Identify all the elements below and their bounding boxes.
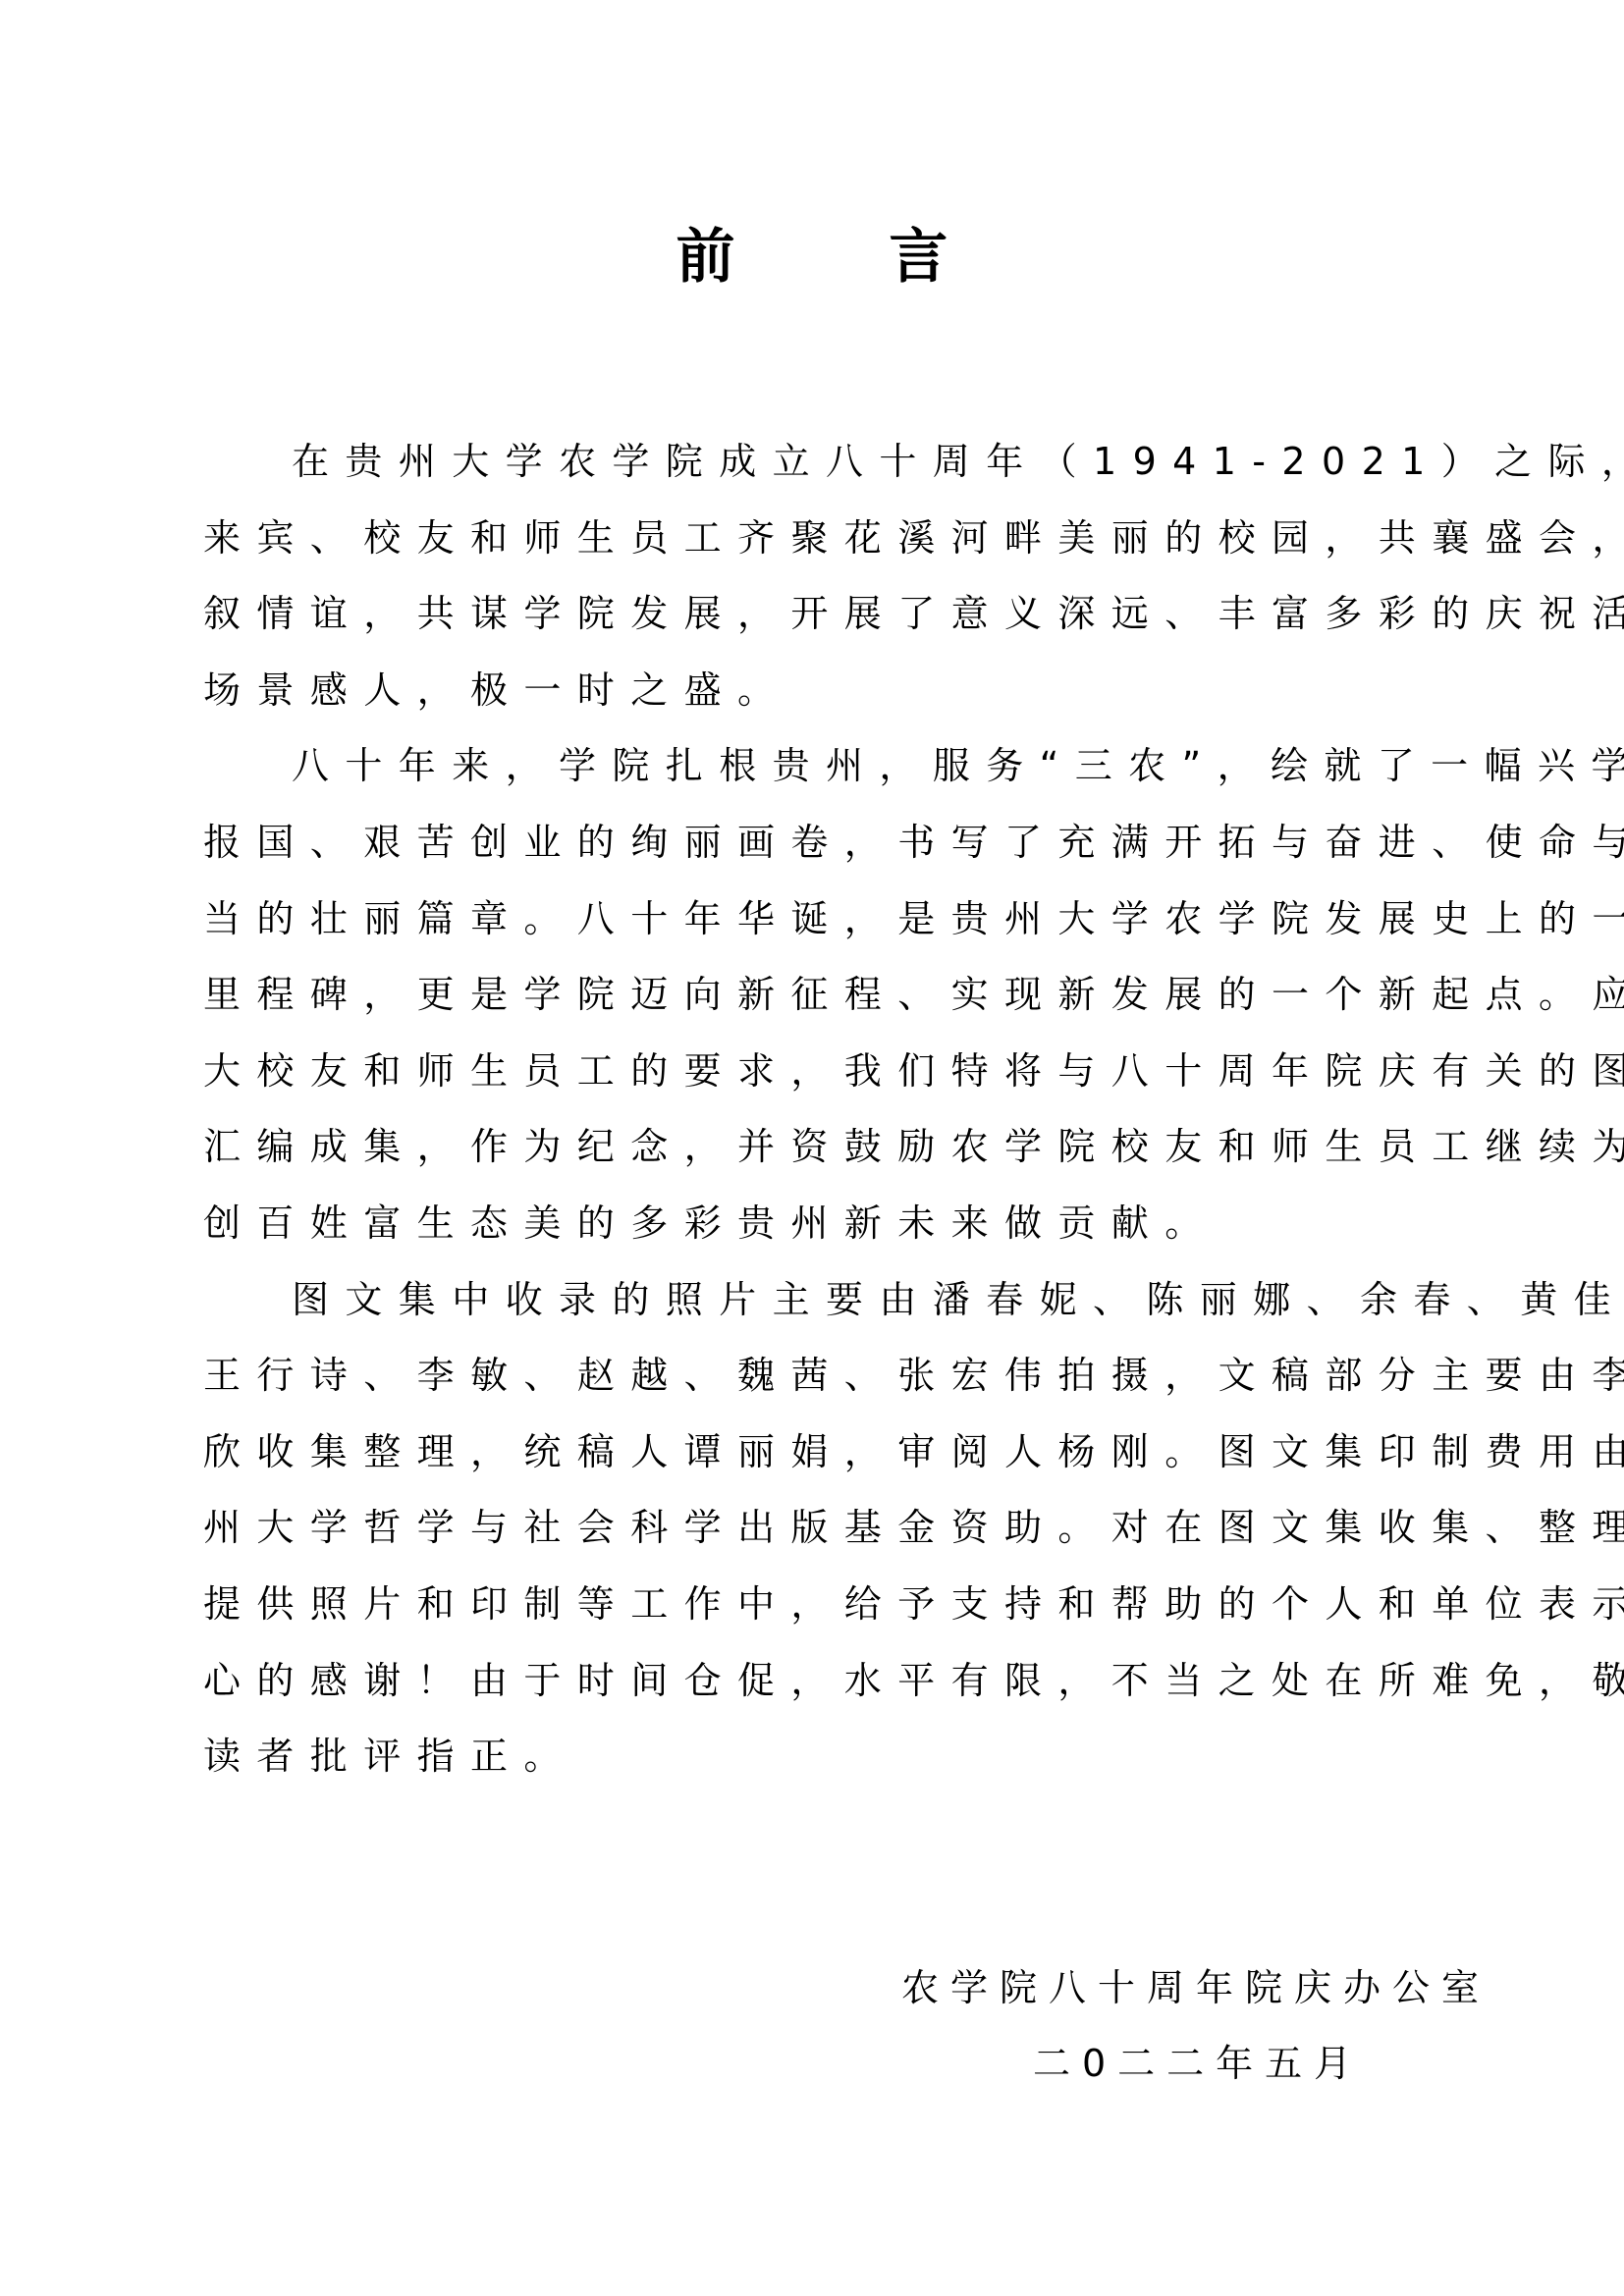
text-line: 来宾、校友和师生员工齐聚花溪河畔美丽的校园，共襄盛会，畅 [203, 501, 1440, 577]
text-line: 创百姓富生态美的多彩贵州新未来做贡献。 [203, 1186, 1440, 1262]
document-body: 在贵州大学农学院成立八十周年（1941-2021）之际，领导、 来宾、校友和师生… [203, 424, 1440, 1795]
text-line: 报国、艰苦创业的绚丽画卷，书写了充满开拓与奋进、使命与担 [203, 805, 1440, 881]
text-line: 当的壮丽篇章。八十年华诞，是贵州大学农学院发展史上的一个 [203, 881, 1440, 958]
signature-organization: 农学院八十周年院庆办公室 [901, 1958, 1490, 2017]
text-line: 州大学哲学与社会科学出版基金资助。对在图文集收集、整理、 [203, 1490, 1440, 1567]
paragraph-1: 在贵州大学农学院成立八十周年（1941-2021）之际，领导、 来宾、校友和师生… [203, 424, 1440, 728]
paragraph-2: 八十年来，学院扎根贵州，服务“三农”，绘就了一幅兴学 报国、艰苦创业的绚丽画卷，… [203, 728, 1440, 1261]
text-line: 读者批评指正。 [203, 1719, 1440, 1795]
signature-date: 二0二二年五月 [1033, 2034, 1363, 2093]
text-line: 八十年来，学院扎根贵州，服务“三农”，绘就了一幅兴学 [203, 728, 1440, 805]
text-line: 欣收集整理，统稿人谭丽娟，审阅人杨刚。图文集印制费用由贵 [203, 1415, 1440, 1491]
text-line: 在贵州大学农学院成立八十周年（1941-2021）之际，领导、 [203, 424, 1440, 501]
text-line: 里程碑，更是学院迈向新征程、实现新发展的一个新起点。应广 [203, 957, 1440, 1034]
text-line: 提供照片和印制等工作中，给予支持和帮助的个人和单位表示衷 [203, 1567, 1440, 1643]
text-line: 叙情谊，共谋学院发展，开展了意义深远、丰富多彩的庆祝活动， [203, 576, 1440, 653]
page-title: 前 言 [0, 218, 1624, 296]
text-line: 王行诗、李敏、赵越、魏茜、张宏伟拍摄，文稿部分主要由李顺 [203, 1338, 1440, 1415]
text-line: 场景感人，极一时之盛。 [203, 653, 1440, 729]
text-line: 图文集中收录的照片主要由潘春妮、陈丽娜、余春、黄佳林、 [203, 1262, 1440, 1339]
paragraph-3: 图文集中收录的照片主要由潘春妮、陈丽娜、余春、黄佳林、 王行诗、李敏、赵越、魏茜… [203, 1262, 1440, 1795]
text-line: 心的感谢！由于时间仓促，水平有限，不当之处在所难免，敬请 [203, 1643, 1440, 1720]
text-line: 汇编成集，作为纪念，并资鼓励农学院校友和师生员工继续为开 [203, 1109, 1440, 1186]
text-line: 大校友和师生员工的要求，我们特将与八十周年院庆有关的图文 [203, 1034, 1440, 1110]
